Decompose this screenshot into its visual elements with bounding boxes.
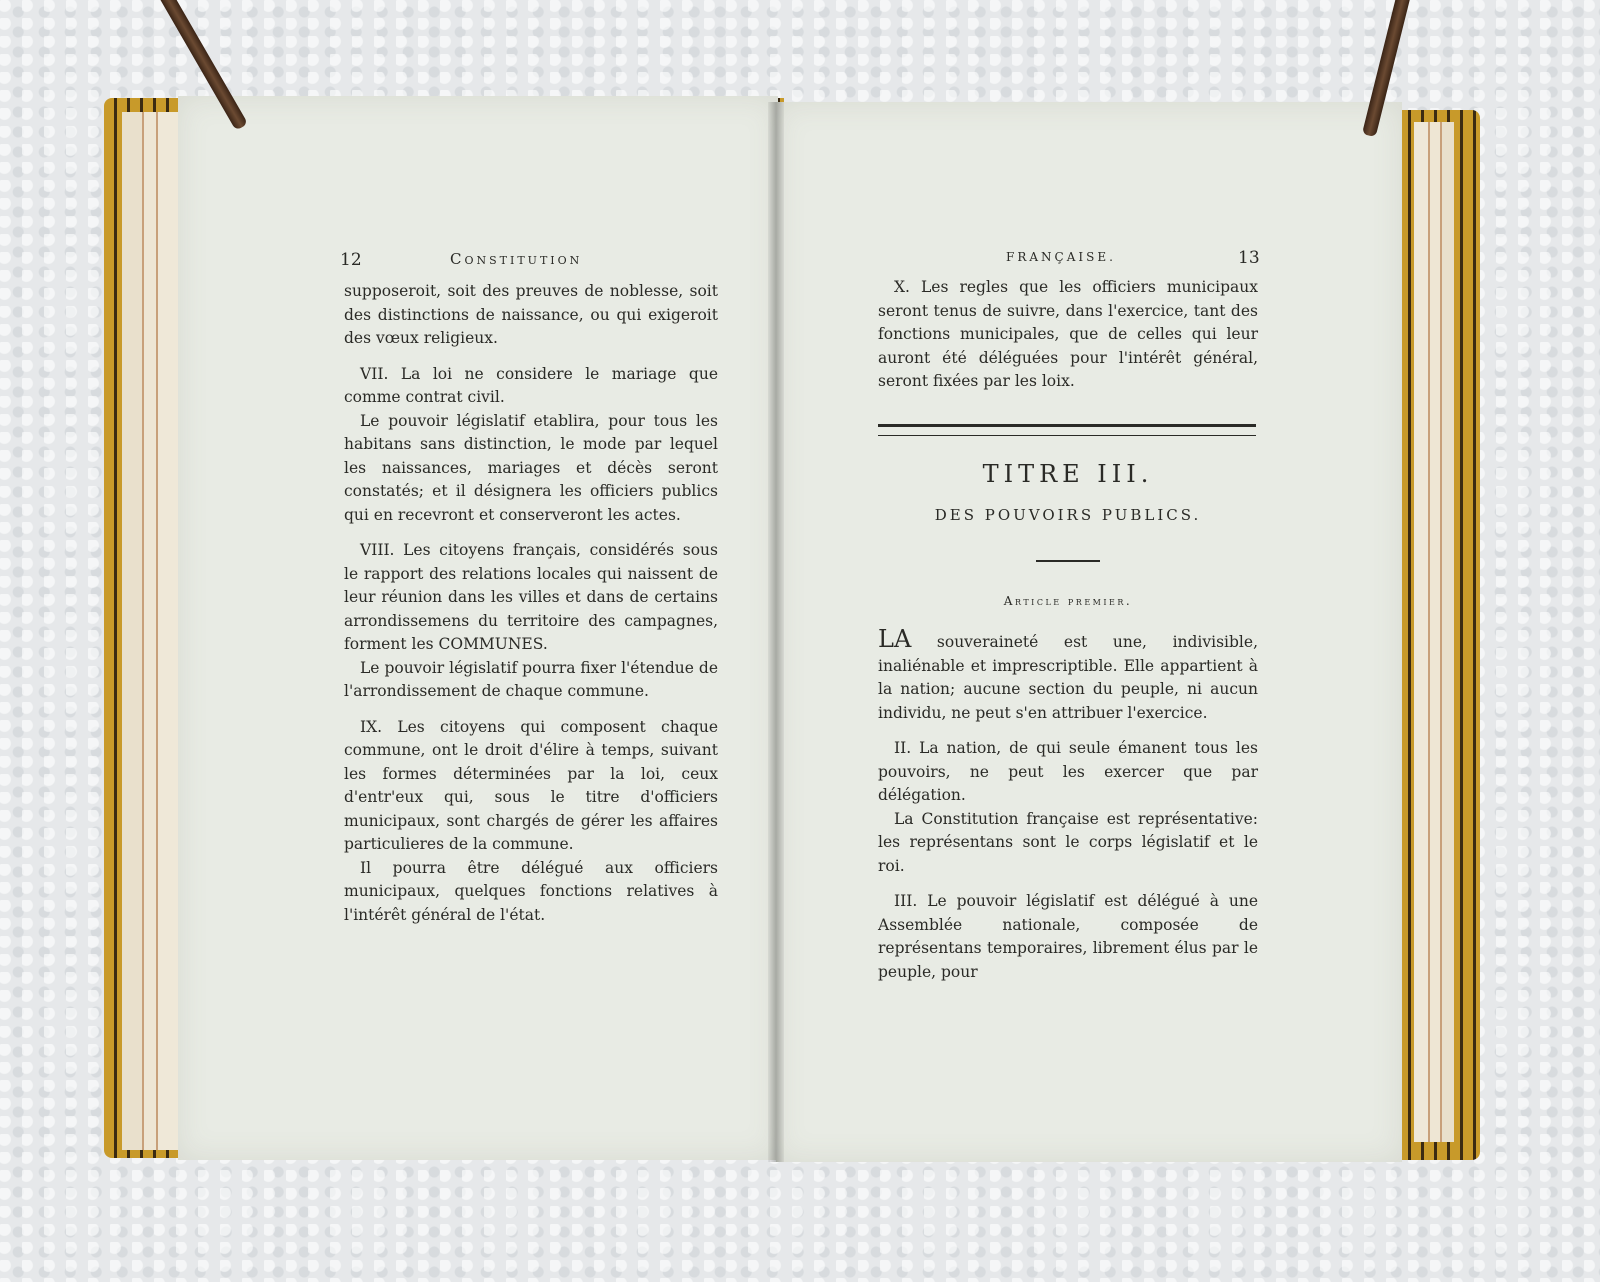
left-page-number: 12 <box>340 250 362 270</box>
article-2: II. La nation, de qui seule émanent tous… <box>878 737 1258 808</box>
title-heading: TITRE III. <box>878 460 1258 488</box>
article-viii-continued: Le pouvoir législatif pourra fixer l'éte… <box>344 657 718 704</box>
article-ix: IX. Les citoyens qui composent chaque co… <box>344 716 718 857</box>
article-3: III. Le pouvoir législatif est délégué à… <box>878 890 1258 984</box>
article-ix-continued: Il pourra être délégué aux officiers mun… <box>344 857 718 928</box>
left-page-body: supposeroit, soit des preuves de nobless… <box>344 280 718 927</box>
article-1: LA souveraineté est une, indivisible, in… <box>878 628 1258 725</box>
article-x-text: X. Les regles que les officiers municipa… <box>878 276 1258 394</box>
article-1-text: souveraineté est une, indivisible, inali… <box>878 633 1258 722</box>
article-x: X. Les regles que les officiers municipa… <box>878 276 1258 394</box>
double-rule-divider <box>878 424 1256 436</box>
drop-cap: LA <box>878 625 911 653</box>
article-2-continued: La Constitution française est représenta… <box>878 808 1258 879</box>
article-vii: VII. La loi ne considere le mariage que … <box>344 363 718 410</box>
paragraph: supposeroit, soit des preuves de nobless… <box>344 280 718 351</box>
book-gutter <box>768 102 784 1162</box>
short-rule-divider <box>1036 560 1100 562</box>
article-heading: Article premier. <box>878 594 1258 608</box>
open-book <box>104 92 1480 1172</box>
right-running-head: FRANÇAISE. <box>1006 250 1116 264</box>
left-page-edges <box>122 112 182 1150</box>
left-running-head: Constitution <box>450 250 582 268</box>
title-subheading: DES POUVOIRS PUBLICS. <box>878 506 1258 524</box>
article-vii-continued: Le pouvoir législatif etablira, pour tou… <box>344 410 718 528</box>
article-viii: VIII. Les citoyens français, considérés … <box>344 539 718 657</box>
right-page-edges <box>1414 122 1454 1142</box>
right-page-articles: LA souveraineté est une, indivisible, in… <box>878 628 1258 984</box>
right-page-number: 13 <box>1238 248 1260 268</box>
